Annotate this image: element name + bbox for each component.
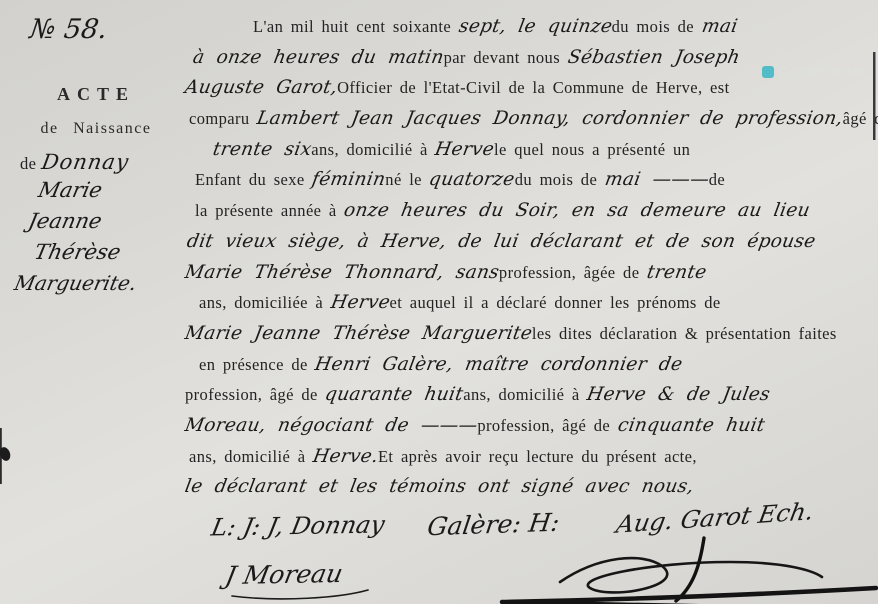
handwritten-text: trente six — [210, 135, 314, 166]
printed-text: profession, âgée de — [499, 263, 647, 282]
page-edge-bottom-shadow — [502, 600, 700, 604]
handwritten-text: mai ——— — [602, 165, 711, 196]
printed-text: profession, âgé de — [477, 416, 617, 435]
signature-donnay: L: J: J, Donnay — [209, 511, 387, 542]
margin-name-line: Marie — [9, 178, 184, 209]
body-line: L'an mil huit cent soixante sept, le qui… — [185, 12, 875, 43]
printed-text: Officier de l'Etat-Civil de la Commune d… — [337, 78, 729, 97]
printed-text: comparu — [189, 109, 257, 128]
body-line: en présence de Henri Galère, maître cord… — [185, 350, 875, 381]
handwritten-text: Moreau, négociant de ——— — [182, 411, 480, 442]
handwritten-text: dit vieux siège, à Herve, de lui déclara… — [184, 227, 818, 258]
handwritten-text: Herve — [328, 288, 392, 319]
body-line: dit vieux siège, à Herve, de lui déclara… — [185, 227, 875, 258]
signature-garot: Aug. Garot Ech. — [614, 497, 816, 538]
printed-text: de — [709, 170, 725, 189]
printed-text: ans, domicilié à — [311, 140, 435, 159]
act-number: № 58. — [28, 14, 109, 45]
printed-text: âgé de — [843, 109, 878, 128]
printed-text: par devant nous — [444, 48, 568, 67]
signature-paraph-flourish — [560, 558, 822, 592]
handwritten-text: Herve — [432, 135, 496, 166]
body-line: Marie Thérèse Thonnard, sans profession,… — [185, 258, 875, 289]
handwritten-text: quarante huit — [323, 380, 466, 411]
handwritten-text: à onze heures du matin — [190, 43, 446, 74]
margin-name-line: Jeanne — [9, 209, 184, 240]
signature-moreau: J Moreau — [223, 559, 345, 590]
handwritten-text: sept, le quinze — [456, 12, 614, 43]
body-line: ans, domiciliée à Herve et auquel il a d… — [185, 288, 875, 319]
printed-text: ans, domiciliée à — [199, 293, 331, 312]
body-line: comparu Lambert Jean Jacques Donnay, cor… — [185, 104, 875, 135]
printed-text: le quel nous a présenté un — [494, 140, 690, 159]
handwritten-text: trente — [644, 258, 709, 289]
de-label: de — [20, 154, 36, 173]
handwritten-text: Auguste Garot, — [182, 73, 340, 104]
civil-register-scan: № 58. ACTE de Naissance deDonnay MarieJe… — [0, 0, 878, 604]
acte-heading: ACTE — [12, 84, 180, 105]
ink-blot — [0, 446, 12, 463]
handwritten-text: mai — [699, 12, 740, 43]
printed-text: profession, âgé de — [185, 385, 325, 404]
capture-tool-overlay: Capture rectan — [762, 64, 865, 79]
printed-text: la présente année à — [195, 201, 344, 220]
capture-tool-label: Capture rectan — [779, 64, 865, 79]
handwritten-text: Herve. — [310, 442, 380, 473]
body-line: Marie Jeanne Thérèse Marguerite les dite… — [185, 319, 875, 350]
margin-column: № 58. ACTE de Naissance deDonnay MarieJe… — [12, 0, 180, 604]
printed-text: en présence de — [199, 355, 315, 374]
left-edge-line — [0, 428, 2, 484]
signature-galere: Galère: H: — [426, 508, 562, 542]
body-line: le déclarant et les témoins ont signé av… — [185, 472, 875, 503]
handwritten-text: Marie Jeanne Thérèse Marguerite — [182, 319, 534, 350]
handwritten-text: Sébastien Joseph — [565, 43, 742, 74]
margin-name-lines: MarieJeanneThérèseMarguerite. — [12, 178, 180, 302]
handwritten-text: Lambert Jean Jacques Donnay, cordonnier … — [254, 104, 845, 135]
printed-text: Et après avoir reçu lecture du présent a… — [378, 447, 697, 466]
capture-tool-icon — [762, 66, 774, 78]
act-body-text: L'an mil huit cent soixante sept, le qui… — [185, 12, 875, 503]
margin-name-line: Marguerite. — [9, 271, 184, 302]
signature-paraph-descender — [676, 538, 704, 601]
moreau-underline-flourish — [232, 590, 368, 599]
handwritten-text: onze heures du Soir, en sa demeure au li… — [341, 196, 812, 227]
printed-text: les dites déclaration & présentation fai… — [532, 324, 837, 343]
printed-text: du mois de — [612, 17, 702, 36]
body-line: Enfant du sexe féminin né le quatorze du… — [185, 165, 875, 196]
body-line: trente six ans, domicilié à Herve le que… — [185, 135, 875, 166]
handwritten-text: Henri Galère, maître cordonnier de — [313, 350, 686, 381]
handwritten-text: Marie Thérèse Thonnard, sans — [182, 258, 501, 289]
handwritten-text: Herve & de Jules — [584, 380, 772, 411]
naissance-heading: de Naissance — [12, 120, 180, 138]
body-line: Moreau, négociant de ——— profession, âgé… — [185, 411, 875, 442]
printed-text: Enfant du sexe — [195, 170, 312, 189]
handwritten-text: quatorze — [427, 165, 518, 196]
handwritten-text: le déclarant et les témoins ont signé av… — [182, 472, 696, 503]
printed-text: et auquel il a déclaré donner les prénom… — [390, 293, 721, 312]
handwritten-text: féminin — [309, 165, 388, 196]
printed-text: ans, domicilié à — [189, 447, 313, 466]
printed-text: né le — [385, 170, 429, 189]
margin-de-row: deDonnay — [20, 150, 129, 174]
body-line: profession, âgé de quarante huit ans, do… — [185, 380, 875, 411]
printed-text: ans, domicilié à — [463, 385, 587, 404]
printed-text: L'an mil huit cent soixante — [253, 17, 459, 36]
handwritten-text: cinquante huit — [615, 411, 767, 442]
body-line: la présente année à onze heures du Soir,… — [185, 196, 875, 227]
printed-text: du mois de — [515, 170, 605, 189]
margin-surname: Donnay — [40, 150, 131, 174]
margin-name-line: Thérèse — [9, 240, 184, 271]
body-lines: L'an mil huit cent soixante sept, le qui… — [185, 12, 875, 503]
page-edge-bottom — [502, 588, 876, 602]
body-line: ans, domicilié à Herve. Et après avoir r… — [185, 442, 875, 473]
